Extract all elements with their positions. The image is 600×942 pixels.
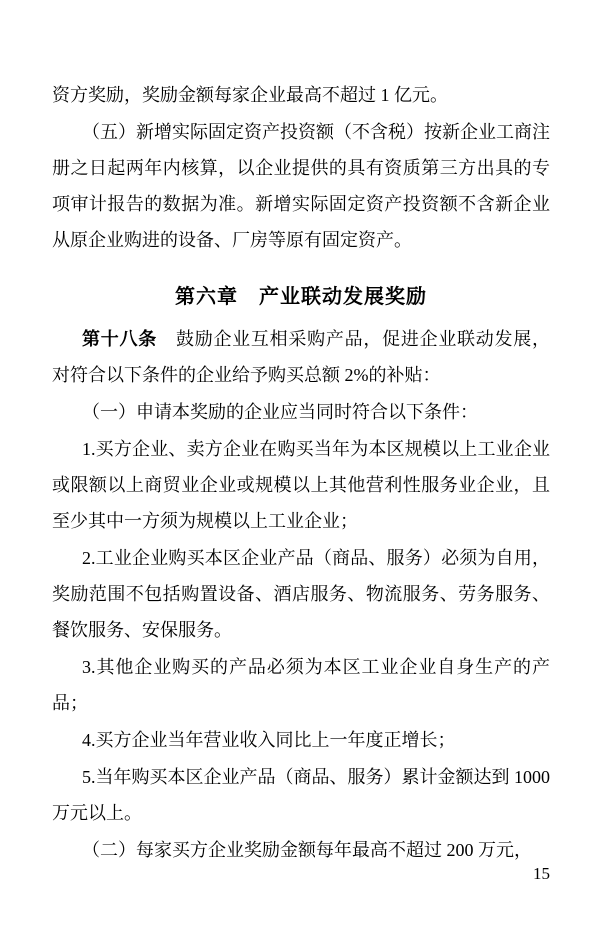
paragraph-continuation: 资方奖励，奖励金额每家企业最高不超过 1 亿元。 (52, 77, 550, 113)
chapter-heading: 第六章 产业联动发展奖励 (52, 279, 550, 315)
paragraph-item-wu: （五）新增实际固定资产投资额（不含税）按新企业工商注册之日起两年内核算，以企业提… (52, 114, 550, 258)
document-page: 资方奖励，奖励金额每家企业最高不超过 1 亿元。 （五）新增实际固定资产投资额（… (0, 0, 600, 942)
paragraph-item-er: （二）每家买方企业奖励金额每年最高不超过 200 万元， (52, 832, 550, 868)
paragraph-condition-4: 4.买方企业当年营业收入同比上一年度正增长； (52, 722, 550, 758)
page-number: 15 (533, 862, 550, 886)
paragraph-condition-1: 1.买方企业、卖方企业在购买当年为本区规模以上工业企业或限额以上商贸业企业或规模… (52, 431, 550, 539)
paragraph-condition-3: 3.其他企业购买的产品必须为本区工业企业自身生产的产品； (52, 649, 550, 721)
article-paragraph: 第十八条鼓励企业互相采购产品，促进企业联动发展，对符合以下条件的企业给予购买总额… (52, 321, 550, 393)
paragraph-condition-5: 5.当年购买本区企业产品（商品、服务）累计金额达到 1000 万元以上。 (52, 759, 550, 831)
paragraph-item-yi: （一）申请本奖励的企业应当同时符合以下条件： (52, 394, 550, 430)
article-number: 第十八条 (82, 329, 157, 349)
paragraph-condition-2: 2.工业企业购买本区企业产品（商品、服务）必须为自用，奖励范围不包括购置设备、酒… (52, 540, 550, 648)
